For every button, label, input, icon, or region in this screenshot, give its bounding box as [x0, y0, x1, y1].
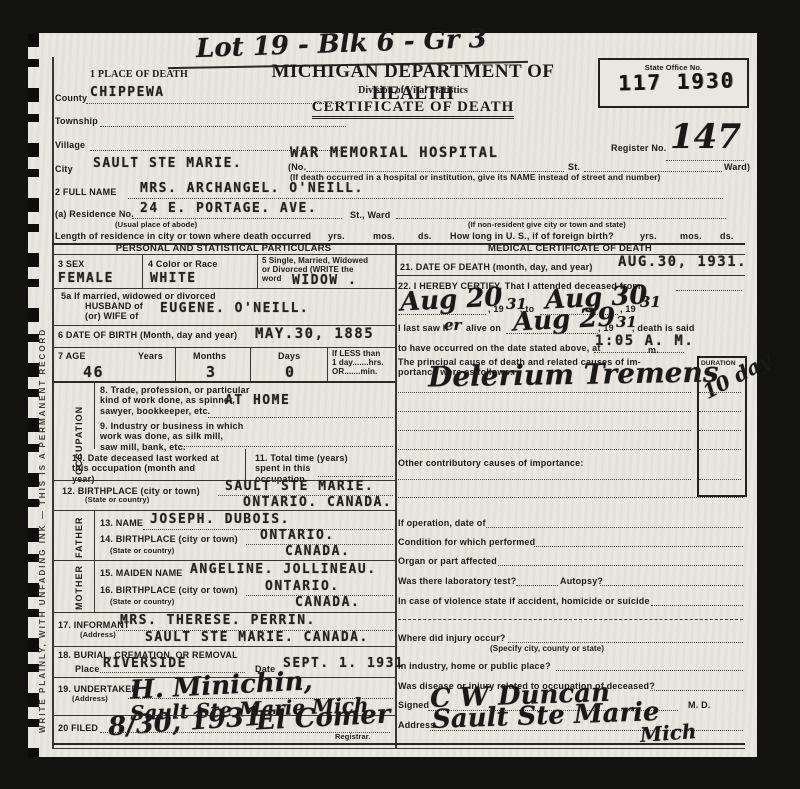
registrar-label: Registrar. [335, 733, 371, 742]
to-year-script: 31 [640, 293, 661, 311]
last-saw-label-2: alive on [466, 323, 501, 333]
birthplace-sub: (State or country) [85, 496, 149, 505]
signed-label: Signed [398, 700, 429, 710]
mother-bp-label: 16. BIRTHPLACE (city or town) [100, 585, 238, 595]
margin-vertical-note: WRITE PLAINLY, WITH UNFADING INK — THIS … [38, 73, 47, 733]
residence-value: 24 E. PORTAGE. AVE. [140, 201, 317, 216]
mother-vertical-label: MOTHER [74, 566, 84, 610]
violence-line [651, 604, 743, 606]
filed-label: 20 FILED [58, 723, 98, 733]
mother-name-value: ANGELINE. JOLLINEAU. [190, 562, 377, 577]
st-label: St. [568, 162, 580, 172]
county-line [86, 102, 346, 104]
sex-label: 3 SEX [58, 259, 85, 269]
sex-value: FEMALE [58, 271, 114, 286]
township-label: Township [55, 116, 98, 126]
organ-line [498, 564, 743, 566]
industry-line [556, 669, 743, 671]
lot-annotation: Lot 19 - Blk 6 - Gr 3 [196, 24, 488, 64]
mother-name-label: 15. MAIDEN NAME [100, 568, 183, 578]
occ8-line [208, 416, 393, 418]
spouse-value: EUGENE. O'NEILL. [160, 301, 309, 316]
cause-line-4 [398, 448, 691, 450]
time-of-death-value: 1:05 A. M. [595, 333, 694, 349]
ds-label: ds. [418, 231, 432, 241]
city-label: City [55, 164, 73, 174]
register-line [666, 159, 744, 161]
organ-label: Organ or part affected [398, 556, 497, 566]
last-saw-label-1: I last saw h [398, 323, 448, 333]
full-name-label: 2 FULL NAME [55, 187, 117, 197]
age-days-value: 0 [285, 363, 296, 381]
father-bp-sub: (State or country) [110, 547, 174, 556]
spouse-label-2: HUSBAND of [85, 301, 143, 311]
spouse-label-1: 5a If married, widowed or divorced [61, 291, 216, 301]
county-value: CHIPPEWA [90, 85, 165, 100]
father-bottom [52, 560, 395, 561]
state-office-number-stamp: 117 1930 [618, 68, 736, 95]
father-name-value: JOSEPH. DUBOIS. [150, 512, 290, 527]
time-line [594, 351, 684, 353]
duration-stub-5 [699, 478, 741, 480]
spouse-label-3: (or) WIFE of [85, 311, 138, 321]
city-value: SAULT STE MARIE. [93, 156, 242, 171]
occ9-label: 9. Industry or business in which work wa… [100, 421, 243, 452]
division-subtitle: Division of Vital Statistics [228, 85, 598, 96]
md-label: M. D. [688, 700, 711, 710]
row21-bottom [395, 275, 745, 276]
row6-bottom [52, 347, 395, 348]
occ11-line [318, 475, 393, 477]
mother-bp-city: ONTARIO. [265, 579, 340, 594]
occ8-value: AT HOME [225, 393, 290, 408]
dob-value: MAY.30, 1885 [255, 326, 374, 342]
st-ward-label: St., Ward [350, 210, 390, 220]
village-label: Village [55, 140, 85, 150]
row5-bottom [52, 288, 395, 289]
burial-place-label: Place [75, 664, 100, 674]
father-bp-state: CANADA. [285, 544, 350, 559]
m-label: m. [648, 345, 659, 355]
township-line [100, 125, 346, 127]
occupation-inner-divider [94, 381, 95, 449]
state-office-box: State Office No. 117 1930 [598, 58, 749, 108]
register-label: Register No. [611, 143, 666, 153]
operation-line [486, 526, 743, 528]
father-bp-label: 14. BIRTHPLACE (city or town) [100, 534, 238, 544]
age-div-3 [327, 347, 328, 381]
mother-inner-divider [94, 560, 95, 612]
disease-line [650, 689, 743, 691]
father-inner-divider [94, 510, 95, 560]
death-said-label: , death is said [632, 323, 695, 333]
duration-value-script: 10 day [699, 348, 775, 404]
contrib-line-2 [398, 496, 743, 498]
marital-value: WIDOW . [292, 273, 357, 288]
lab-line [516, 584, 558, 586]
undertaker-line1 [128, 697, 393, 699]
full-name-value: MRS. ARCHANGEL. O'NEILL. [140, 181, 364, 196]
occurred-label: to have occurred on the date stated abov… [398, 343, 601, 353]
contributory-label: Other contributory causes of importance: [398, 458, 584, 468]
last-saw-year-preprint: , 19 [598, 323, 614, 333]
certify-tail-line [676, 289, 742, 291]
age-years-value: 46 [83, 363, 104, 381]
yrs-label: yrs. [328, 231, 345, 241]
mother-bp-sub: (State or country) [110, 598, 174, 607]
months-label: Months [193, 351, 226, 361]
age-label: 7 AGE [58, 351, 86, 361]
years-label: Years [138, 351, 163, 361]
birthplace-state: ONTARIO. CANADA. [243, 495, 392, 510]
register-number: 147 [670, 117, 741, 157]
residence-label: (a) Residence No. [55, 209, 134, 219]
st-ward-line [396, 217, 726, 219]
dob-label: 6 DATE OF BIRTH (Month, day and year) [58, 330, 237, 340]
residence-line [132, 217, 342, 219]
form-left-border [52, 57, 54, 748]
cause-line-2 [398, 410, 691, 412]
from-year-preprint: , 19 [488, 304, 504, 314]
days-label: Days [278, 351, 300, 361]
place-of-death-label: 1 PLACE OF DEATH [90, 69, 188, 81]
condition-line [534, 545, 743, 547]
scanned-death-certificate: WRITE PLAINLY, WITH UNFADING INK — THIS … [0, 0, 800, 789]
hospital-value: WAR MEMORIAL HOSPITAL [290, 145, 499, 161]
cause-line-3 [398, 429, 691, 431]
row12-bottom [52, 510, 395, 511]
undertaker-label: 19. UNDERTAKER [58, 684, 138, 694]
full-name-line [128, 197, 723, 199]
race-value: WHITE [150, 271, 197, 286]
county-label: County [55, 93, 87, 103]
ward-label: Ward) [724, 162, 750, 172]
birthplace-city: SAULT STE MARIE. [225, 479, 374, 494]
father-name-label: 13. NAME [100, 518, 143, 528]
occ10-11-divider [245, 449, 246, 480]
physician-state-script: Mich [639, 719, 697, 747]
from-line [398, 313, 486, 315]
us-ds-label: ds. [720, 231, 734, 241]
race-marital-divider [257, 254, 258, 288]
age-div-1 [175, 347, 176, 381]
violence-label: In case of violence state if accident, h… [398, 596, 650, 606]
occ9-line [178, 445, 393, 447]
duration-stub-2 [699, 410, 741, 412]
less-than-label: If LESS than 1 day.......hrs. OR.......m… [332, 349, 384, 377]
informant-sub: (Address) [80, 631, 116, 640]
undertaker-sub: (Address) [72, 695, 108, 704]
cause-line-1 [398, 391, 691, 393]
no-label: (No. [288, 162, 306, 172]
bottom-rule-2 [52, 748, 745, 749]
dod-value: AUG.30, 1931. [618, 254, 747, 270]
father-bp-city: ONTARIO. [260, 528, 335, 543]
abode-note: (Usual place of abode) [115, 221, 197, 230]
nonresident-note: (If non-resident give city or town and s… [468, 221, 626, 230]
mos-label: mos. [373, 231, 395, 241]
us-yrs-label: yrs. [640, 231, 657, 241]
operation-label: If operation, date of [398, 518, 486, 528]
dod-label: 21. DATE OF DEATH (month, day, and year) [400, 262, 593, 272]
last-saw-line [506, 332, 598, 334]
injury-where-label: Where did injury occur? [398, 633, 506, 643]
her-script: er [444, 316, 461, 334]
duration-stub-3 [699, 429, 741, 431]
informant-name: MRS. THERESE. PERRIN. [120, 613, 316, 628]
race-label: 4 Color or Race [148, 259, 218, 269]
column-divider [395, 243, 397, 748]
injury-line [508, 641, 743, 643]
specify-note: (Specify city, county or state) [490, 644, 604, 653]
age-months-value: 3 [206, 363, 217, 381]
length-residence-label: Length of residence in city or town wher… [55, 231, 311, 241]
lab-test-label: Was there laboratory test? [398, 576, 516, 586]
industry-label: In industry, home or public place? [398, 661, 551, 671]
us-length-label: How long in U. S., if of foreign birth? [450, 231, 614, 241]
left-section-title: PERSONAL AND STATISTICAL PARTICULARS [52, 244, 395, 255]
violence-rule [398, 618, 743, 620]
condition-label: Condition for which performed [398, 537, 535, 547]
row7-bottom [52, 381, 395, 383]
informant-bottom [52, 646, 395, 647]
contrib-line-1 [398, 478, 691, 480]
certificate-paper: WRITE PLAINLY, WITH UNFADING INK — THIS … [28, 33, 757, 757]
cause-of-death-script: Delerium Tremens [428, 355, 719, 393]
autopsy-line [600, 584, 743, 586]
duration-stub-4 [699, 448, 741, 450]
age-div-2 [250, 347, 251, 381]
duration-box: DURATION 10 day [697, 356, 747, 497]
mother-bp-state: CANADA. [295, 595, 360, 610]
us-mos-label: mos. [680, 231, 702, 241]
autopsy-label: Autopsy? [560, 576, 603, 586]
burial-place-value: RIVERSIDE [103, 656, 187, 671]
sex-race-divider [142, 254, 143, 288]
informant-addr: SAULT STE MARIE. CANADA. [145, 630, 369, 645]
father-vertical-label: FATHER [74, 516, 84, 558]
duration-stub-1 [699, 391, 741, 393]
